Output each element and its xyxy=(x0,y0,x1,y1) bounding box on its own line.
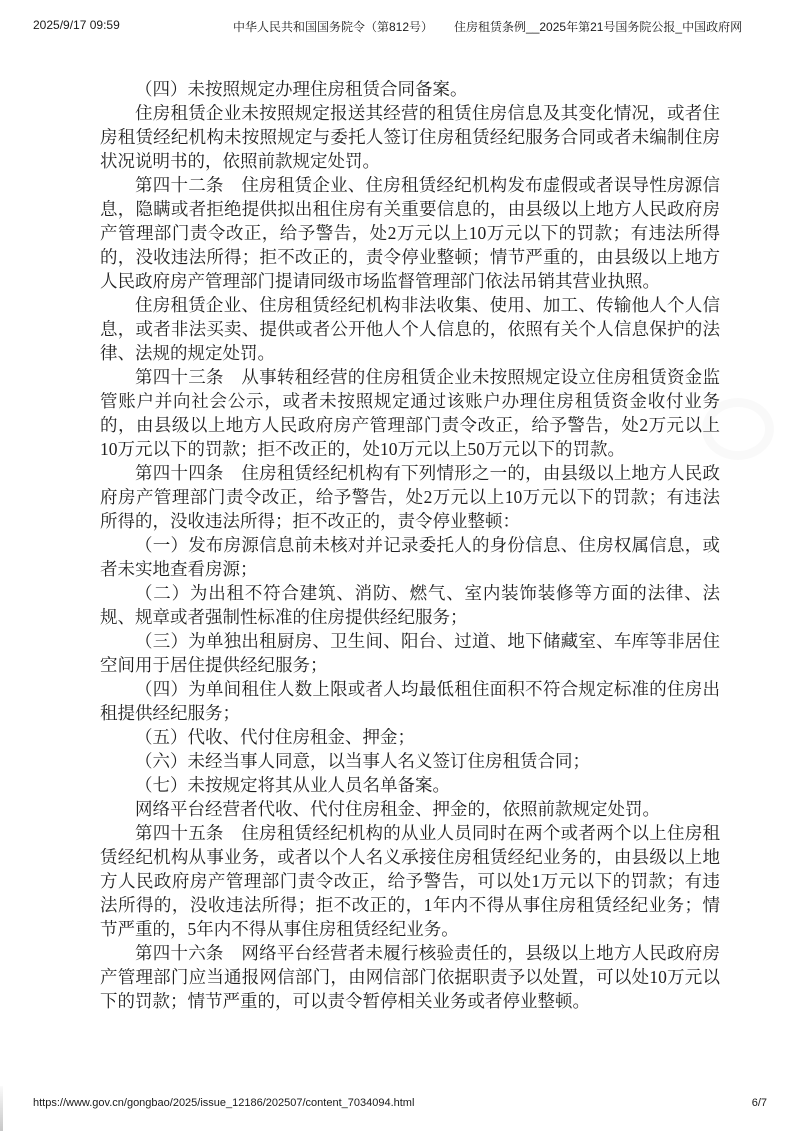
paragraph-article-44-item-5: （五）代收、代付住房租金、押金； xyxy=(100,725,720,749)
print-header-title: 中华人民共和国国务院令（第812号） 住房租赁条例__2025年第21号国务院公… xyxy=(233,18,742,35)
paragraph-personal-info-clause: 住房租赁企业、住房租赁经纪机构非法收集、使用、加工、传输他人个人信息，或者非法买… xyxy=(100,293,720,365)
paragraph-item-4-of-prev-article: （四）未按照规定办理住房租赁合同备案。 xyxy=(100,77,720,101)
paragraph-article-44-item-2: （二）为出租不符合建筑、消防、燃气、室内装饰装修等方面的法律、法规、规章或者强制… xyxy=(100,581,720,629)
print-header-title-page-title: 住房租赁条例__2025年第21号国务院公报_中国政府网 xyxy=(454,18,742,35)
print-header-title-document-number: 中华人民共和国国务院令（第812号） xyxy=(233,18,433,35)
paragraph-article-44-item-6: （六）未经当事人同意，以当事人名义签订住房租赁合同； xyxy=(100,749,720,773)
paragraph-article-45: 第四十五条 住房租赁经纪机构的从业人员同时在两个或者两个以上住房租赁经纪机构从事… xyxy=(100,821,720,941)
paragraph-article-44-item-1: （一）发布房源信息前未核对并记录委托人的身份信息、住房权属信息，或者未实地查看房… xyxy=(100,533,720,581)
paragraph-penalty-clause: 住房租赁企业未按照规定报送其经营的租赁住房信息及其变化情况，或者住房租赁经纪机构… xyxy=(100,101,720,173)
paragraph-article-46: 第四十六条 网络平台经营者未履行核验责任的，县级以上地方人民政府房产管理部门应当… xyxy=(100,941,720,1013)
paragraph-platform-operator-clause: 网络平台经营者代收、代付住房租金、押金的，依照前款规定处罚。 xyxy=(100,797,720,821)
paragraph-article-43: 第四十三条 从事转租经营的住房租赁企业未按照规定设立住房租赁资金监管账户并向社会… xyxy=(100,365,720,461)
print-preview-page: { "page": { "background": "#ffffff", "te… xyxy=(0,0,800,1131)
paragraph-article-42: 第四十二条 住房租赁企业、住房租赁经纪机构发布虚假或者误导性房源信息，隐瞒或者拒… xyxy=(100,173,720,293)
paragraph-article-44-item-3: （三）为单独出租厨房、卫生间、阳台、过道、地下储藏室、车库等非居住空间用于居住提… xyxy=(100,629,720,677)
paragraph-article-44-item-4: （四）为单间租住人数上限或者人均最低租住面积不符合规定标准的住房出租提供经纪服务… xyxy=(100,677,720,725)
document-body: （四）未按照规定办理住房租赁合同备案。 住房租赁企业未按照规定报送其经营的租赁住… xyxy=(100,77,720,1013)
print-footer-page-indicator: 6/7 xyxy=(752,1097,767,1109)
paragraph-article-44: 第四十四条 住房租赁经纪机构有下列情形之一的，由县级以上地方人民政府房产管理部门… xyxy=(100,461,720,533)
print-footer-url: https://www.gov.cn/gongbao/2025/issue_12… xyxy=(33,1097,414,1109)
paragraph-article-44-item-7: （七）未按规定将其从业人员名单备案。 xyxy=(100,773,720,797)
print-header-datetime: 2025/9/17 09:59 xyxy=(33,18,120,32)
page-edge-shadow xyxy=(0,1086,3,1131)
